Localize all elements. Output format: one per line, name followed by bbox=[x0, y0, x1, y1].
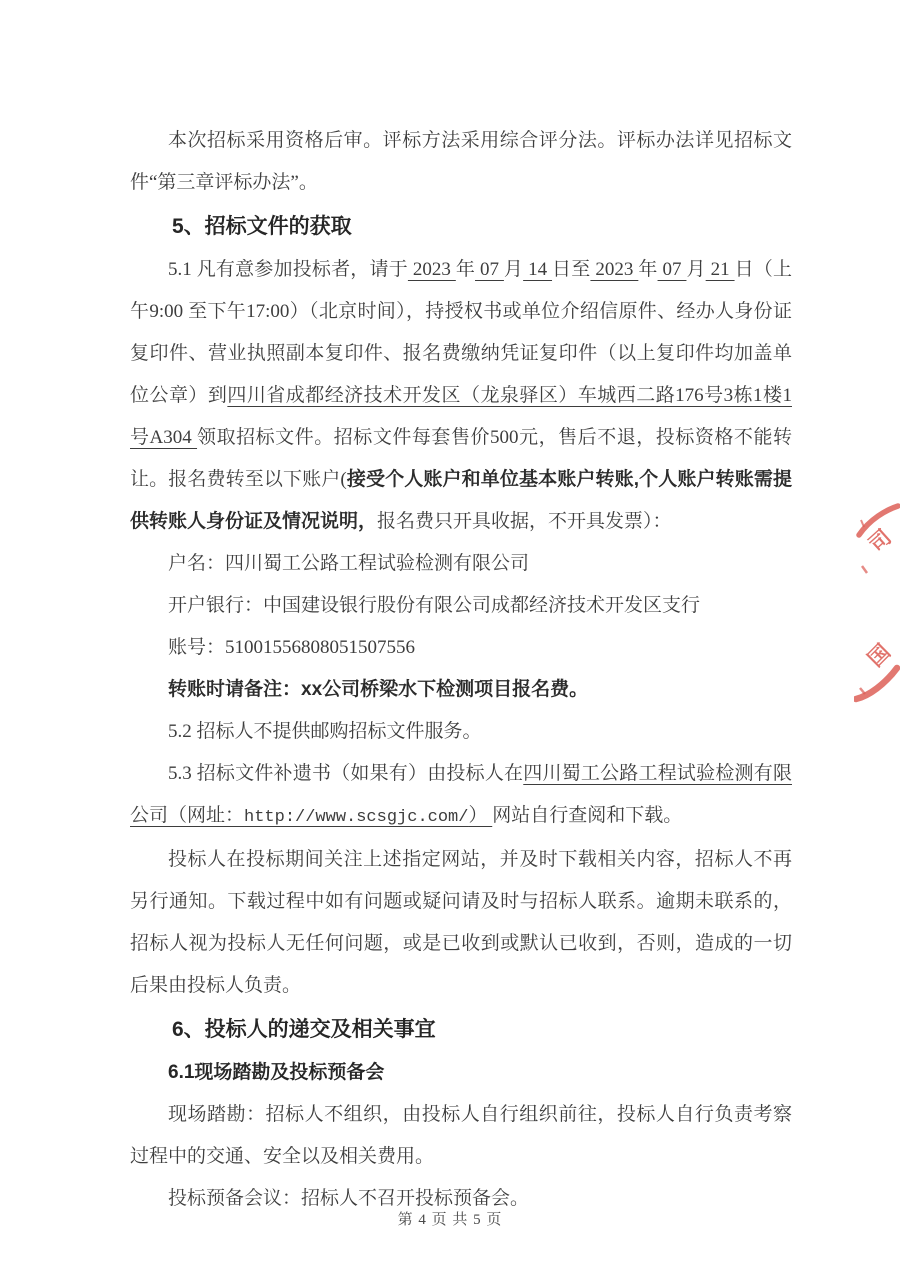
text-segment: 6、投标人的递交及相关事宜 bbox=[172, 1018, 436, 1041]
document-body: 本次招标采用资格后审。评标方法采用综合评分法。评标办法详见招标文件“第三章评标办… bbox=[130, 120, 792, 1220]
text-segment: 日（上午9:00 至下午17:00）（北京时间），持授权书或单位介绍信原件、经办… bbox=[130, 259, 792, 406]
seal-character: 司 bbox=[865, 526, 896, 557]
seal-arc bbox=[856, 668, 897, 699]
text-segment: 月 bbox=[686, 259, 705, 280]
account-name-line: 户名：四川蜀工公路工程试验检测有限公司 bbox=[130, 543, 792, 585]
section-6-heading: 6、投标人的递交及相关事宜 bbox=[130, 1007, 792, 1052]
text-segment: 现场踏勘：招标人不组织，由投标人自行组织前往，投标人自行负责考察过程中的交通、安… bbox=[130, 1104, 792, 1167]
text-segment: 网站自行查阅和下载。 bbox=[492, 805, 682, 826]
text-segment: 年 bbox=[456, 259, 475, 280]
text-segment: 账号：51001556808051507556 bbox=[168, 637, 415, 658]
seal-character: 国 bbox=[864, 640, 895, 671]
text-segment: 投标预备会议：招标人不召开投标预备会。 bbox=[168, 1188, 529, 1209]
seal-tick bbox=[860, 688, 865, 694]
text-segment-u: 07 bbox=[475, 259, 504, 280]
seal-arc bbox=[859, 506, 898, 535]
text-segment-u: 07 bbox=[658, 259, 687, 280]
text-segment: 本次招标采用资格后审。评标方法采用综合评分法。评标办法详见招标文件“第三章评标办… bbox=[130, 130, 792, 193]
clause-5-1: 5.1 凡有意参加投标者，请于 2023 年 07 月 14 日至 2023 年… bbox=[130, 249, 792, 543]
text-segment: 月 bbox=[504, 259, 523, 280]
account-number-line: 账号：51001556808051507556 bbox=[130, 627, 792, 669]
site-survey-paragraph: 现场踏勘：招标人不组织，由投标人自行组织前往，投标人自行负责考察过程中的交通、安… bbox=[130, 1094, 792, 1178]
text-segment-u: 2023 bbox=[590, 259, 638, 280]
text-segment: 6.1现场踏勘及投标预备会 bbox=[168, 1062, 384, 1083]
bank-line: 开户银行：中国建设银行股份有限公司成都经济技术开发区支行 bbox=[130, 585, 792, 627]
seal-tick bbox=[861, 520, 864, 527]
text-segment: 报名费只开具收据，不开具发票）： bbox=[377, 511, 672, 532]
text-segment-u: 21 bbox=[706, 259, 735, 280]
page-footer: 第 4 页 共 5 页 bbox=[0, 1208, 900, 1229]
text-segment-u-url: http://www.scsgjc.com/ bbox=[244, 808, 468, 827]
text-segment: 户名：四川蜀工公路工程试验检测有限公司 bbox=[168, 553, 529, 574]
text-segment-b: 转账时请备注：xx公司桥梁水下检测项目报名费。 bbox=[168, 679, 588, 700]
text-segment: 5.1 凡有意参加投标者，请于 bbox=[168, 259, 408, 280]
intro-paragraph: 本次招标采用资格后审。评标方法采用综合评分法。评标办法详见招标文件“第三章评标办… bbox=[130, 120, 792, 204]
clause-5-3: 5.3 招标文件补遗书（如果有）由投标人在四川蜀工公路工程试验检测有限公司（网址… bbox=[130, 753, 792, 839]
text-segment: 日至 bbox=[552, 259, 590, 280]
text-segment-u: 2023 bbox=[408, 259, 456, 280]
transfer-note-line: 转账时请备注：xx公司桥梁水下检测项目报名费。 bbox=[130, 669, 792, 711]
document-page: 本次招标采用资格后审。评标方法采用综合评分法。评标办法详见招标文件“第三章评标办… bbox=[0, 0, 900, 1273]
clause-5-2: 5.2 招标人不提供邮购招标文件服务。 bbox=[130, 711, 792, 753]
section-5-heading: 5、招标文件的获取 bbox=[130, 204, 792, 249]
text-segment: 5.3 招标文件补遗书（如果有）由投标人在 bbox=[168, 763, 523, 784]
red-seal-fragment-bottom: 国 bbox=[854, 632, 900, 712]
text-segment: 年 bbox=[638, 259, 657, 280]
text-segment: 开户银行：中国建设银行股份有限公司成都经济技术开发区支行 bbox=[168, 595, 700, 616]
text-segment: 5、招标文件的获取 bbox=[172, 215, 352, 238]
seal-tick bbox=[862, 566, 867, 573]
text-segment: 投标人在投标期间关注上述指定网站，并及时下载相关内容，招标人不再另行通知。下载过… bbox=[130, 849, 792, 996]
red-seal-fragment-top: 司 bbox=[854, 502, 900, 582]
clause-6-1-heading: 6.1现场踏勘及投标预备会 bbox=[130, 1052, 792, 1094]
text-segment-u: 14 bbox=[523, 259, 552, 280]
text-segment: 5.2 招标人不提供邮购招标文件服务。 bbox=[168, 721, 482, 742]
website-notice-paragraph: 投标人在投标期间关注上述指定网站，并及时下载相关内容，招标人不再另行通知。下载过… bbox=[130, 839, 792, 1007]
text-segment-u: ） bbox=[468, 805, 492, 826]
